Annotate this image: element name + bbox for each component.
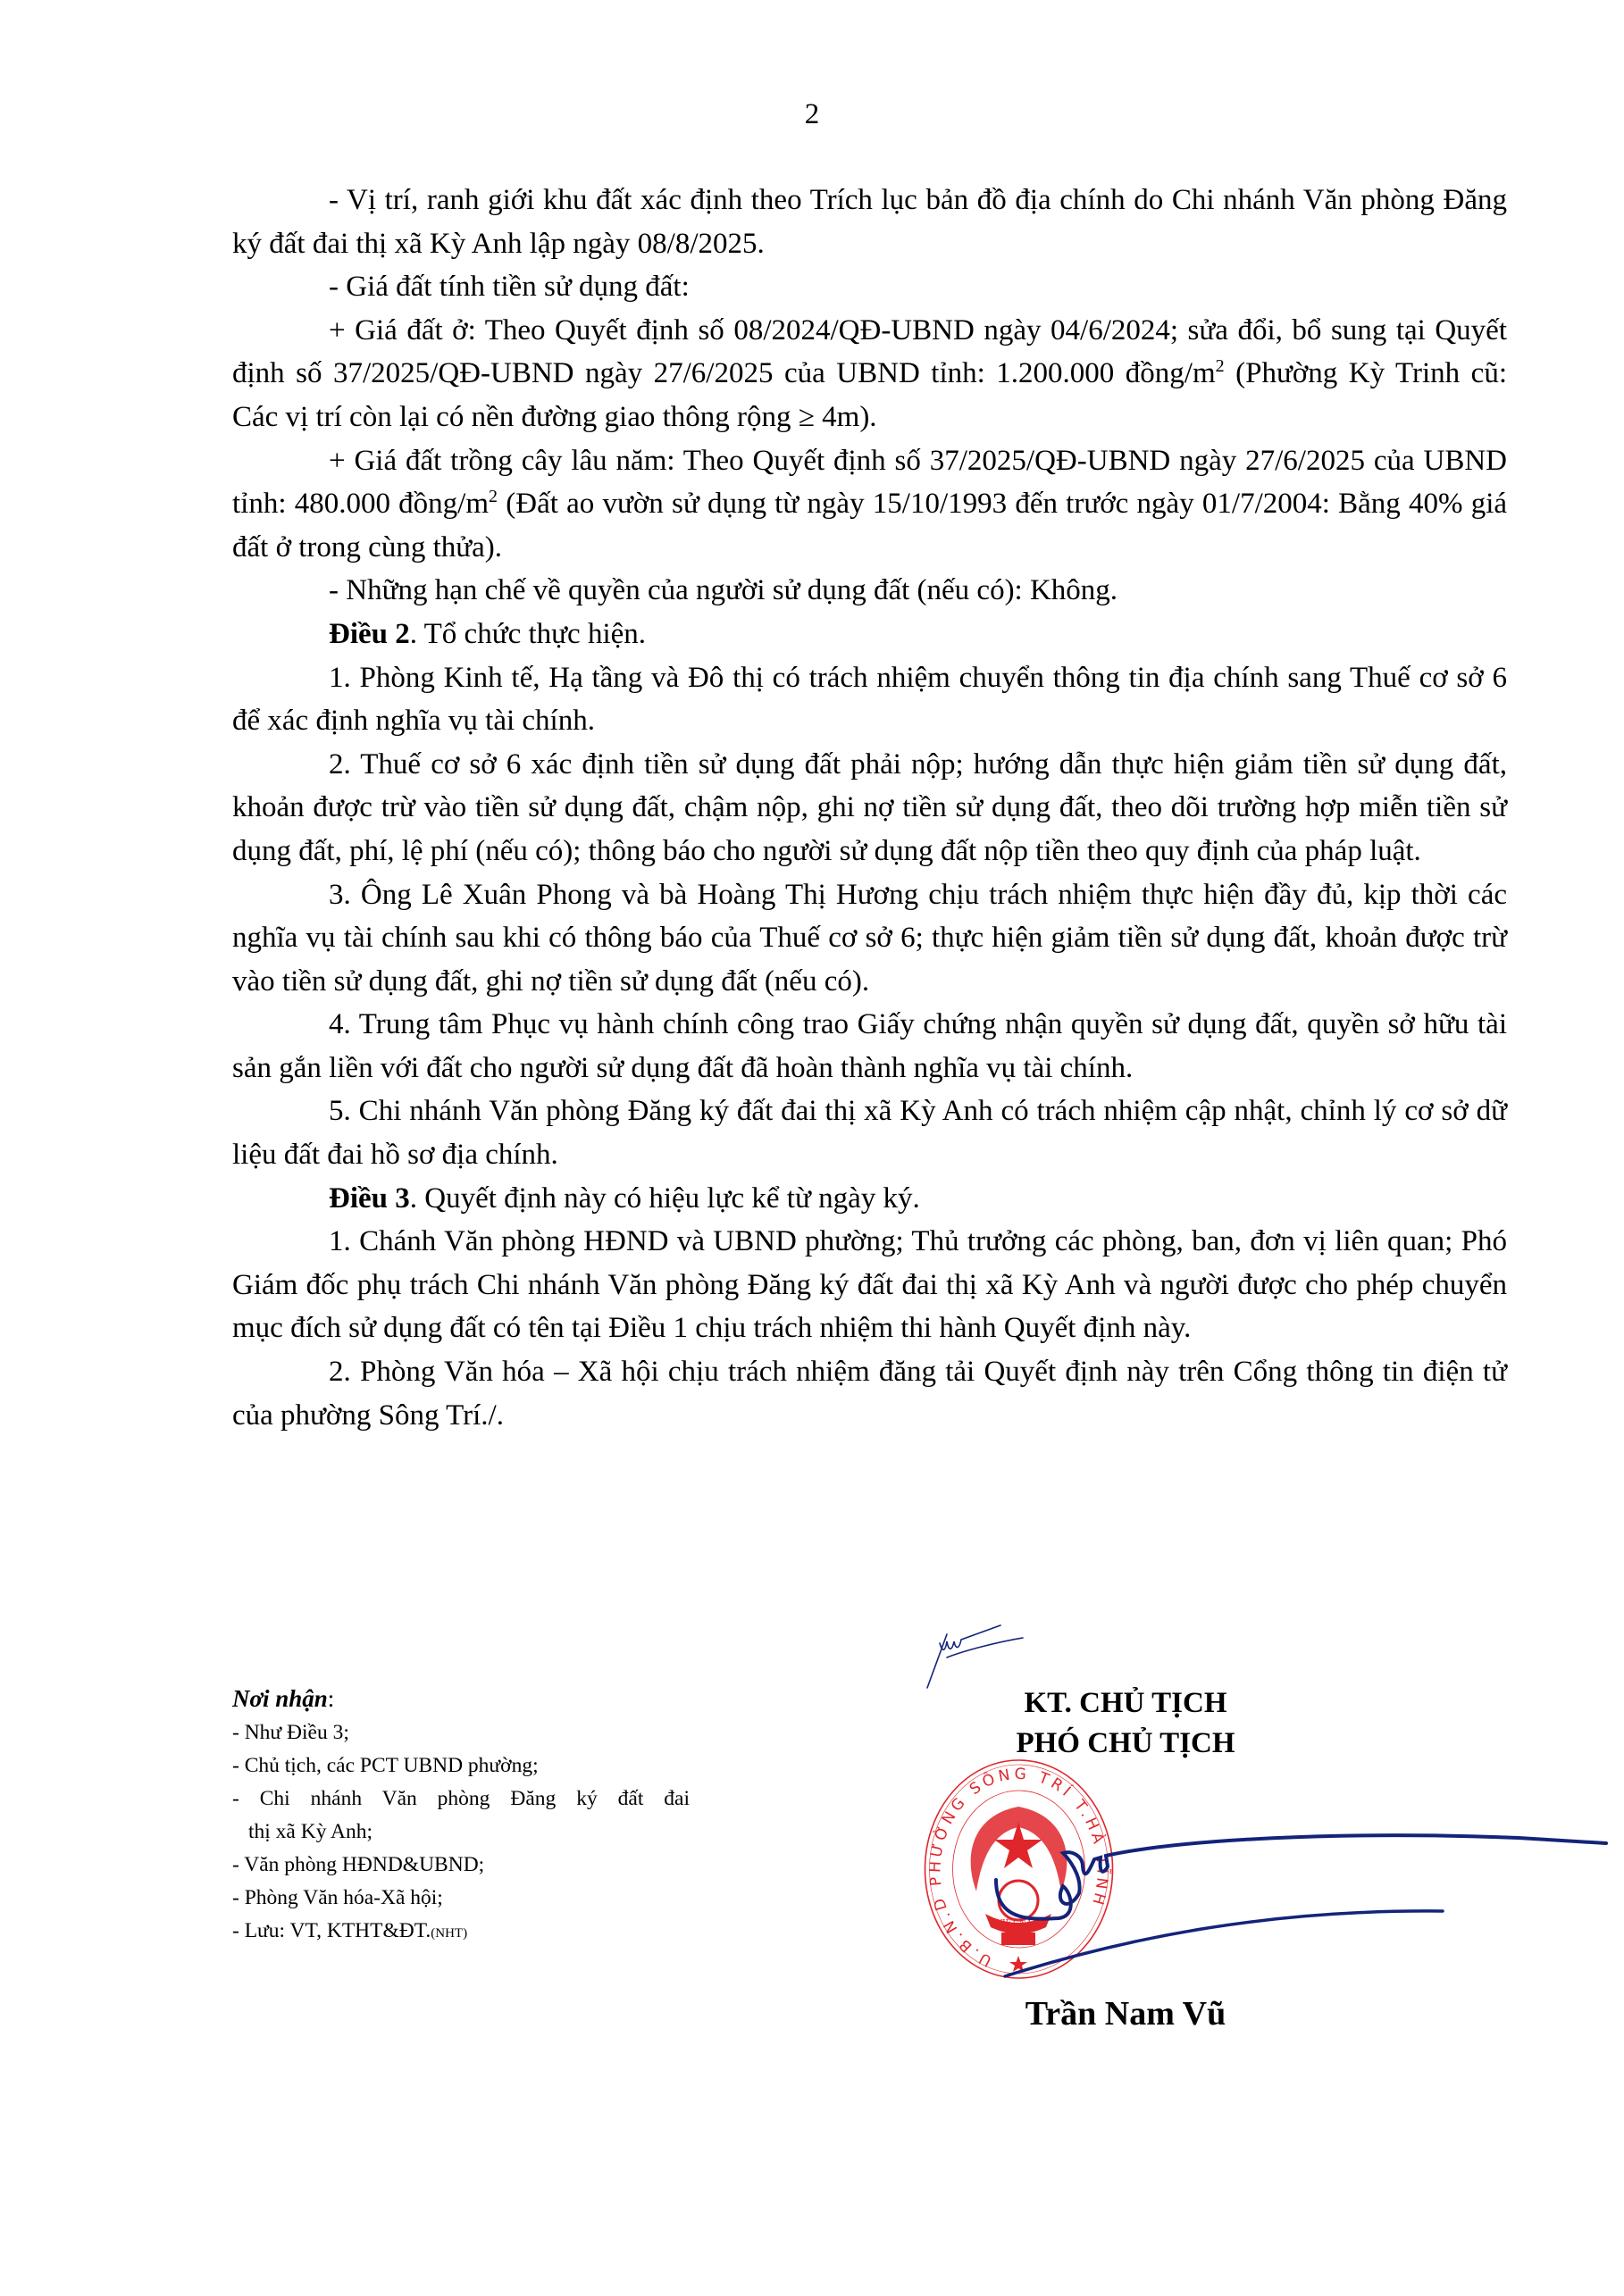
recipient-item: - Chủ tịch, các PCT UBND phường; bbox=[232, 1749, 750, 1783]
page-number: 2 bbox=[0, 96, 1624, 132]
article-3-item: 2. Phòng Văn hóa – Xã hội chịu trách nhi… bbox=[232, 1350, 1507, 1437]
recipient-item: - Lưu: VT, KTHT&ĐT.(NHT) bbox=[232, 1915, 750, 1950]
recipient-item: - Chi nhánh Văn phòng Đăng ký đất đai bbox=[232, 1783, 690, 1816]
article-2-item: 2. Thuế cơ sở 6 xác định tiền sử dụng đấ… bbox=[232, 743, 1507, 873]
recipient-item: - Phòng Văn hóa-Xã hội; bbox=[232, 1882, 750, 1915]
paragraph-location: - Vị trí, ranh giới khu đất xác định the… bbox=[232, 179, 1507, 265]
article-2-item: 5. Chi nhánh Văn phòng Đăng ký đất đai t… bbox=[232, 1090, 1507, 1176]
recipient-item-continued: thị xã Kỳ Anh; bbox=[232, 1816, 750, 1849]
signer-title-1: KT. CHỦ TỊCH bbox=[920, 1683, 1331, 1724]
drafter-initials: (NHT) bbox=[431, 1926, 467, 1941]
paragraph-perennial-price: + Giá đất trồng cây lâu năm: Theo Quyết … bbox=[232, 439, 1507, 570]
signature-block: KT. CHỦ TỊCH PHÓ CHỦ TỊCH bbox=[920, 1683, 1331, 1764]
article-3-heading: Điều 3. Quyết định này có hiệu lực kể từ… bbox=[232, 1177, 1507, 1221]
paragraph-restrictions: - Những hạn chế về quyền của người sử dụ… bbox=[232, 569, 1507, 613]
seal-inner-text: VIỆT NAM bbox=[995, 1917, 1040, 1928]
recipients-heading: Nơi nhận: bbox=[232, 1681, 750, 1716]
paragraph-land-price-heading: - Giá đất tính tiền sử dụng đất: bbox=[232, 265, 1507, 309]
recipient-item: - Văn phòng HĐND&UBND; bbox=[232, 1849, 750, 1882]
article-2-item: 1. Phòng Kinh tế, Hạ tầng và Đô thị có t… bbox=[232, 656, 1507, 743]
recipients-list: Nơi nhận: - Như Điều 3; - Chủ tịch, các … bbox=[232, 1681, 750, 1950]
official-seal-icon: U.B.N.D PHƯỜNG SÔNG TRÍ T.HÀ TĨNH VIỆT N… bbox=[923, 1757, 1115, 1981]
recipient-item: - Như Điều 3; bbox=[232, 1716, 750, 1749]
article-3-item: 1. Chánh Văn phòng HĐND và UBND phường; … bbox=[232, 1220, 1507, 1350]
document-body: - Vị trí, ranh giới khu đất xác định the… bbox=[232, 179, 1507, 1437]
article-2-heading: Điều 2. Tổ chức thực hiện. bbox=[232, 613, 1507, 656]
article-2-item: 4. Trung tâm Phục vụ hành chính công tra… bbox=[232, 1003, 1507, 1090]
paragraph-residential-price: + Giá đất ở: Theo Quyết định số 08/2024/… bbox=[232, 309, 1507, 439]
signer-name: Trần Nam Vũ bbox=[920, 1993, 1331, 2034]
article-2-item: 3. Ông Lê Xuân Phong và bà Hoàng Thị Hươ… bbox=[232, 873, 1507, 1004]
